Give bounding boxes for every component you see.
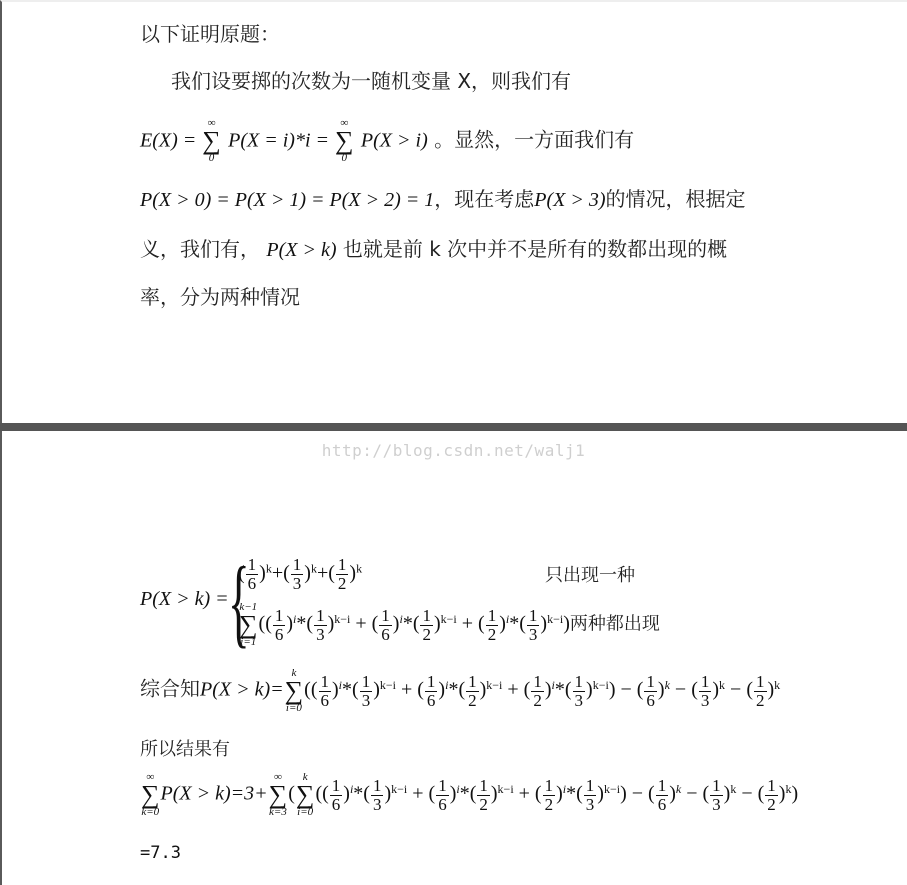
paragraph-line4: 义，我们有， P(X > k) 也就是前 k 次中并不是所有的数都出现的概 [140, 236, 727, 263]
sum-symbol: ∞ ∑ 0 [202, 118, 221, 164]
watermark-url: http://blog.csdn.net/walj1 [0, 441, 907, 460]
paragraph-line5: 率，分为两种情况 [140, 284, 300, 310]
page-divider [0, 423, 907, 431]
piecewise-lhs: P(X > k) = [140, 588, 229, 611]
paragraph-line3: P(X > 0) = P(X > 1) = P(X > 2) = 1，现在考虑P… [140, 186, 746, 213]
heading-proof: 以下证明原题： [140, 21, 280, 47]
expectation-suffix: 。显然，一方面我们有 [434, 128, 634, 152]
result-formula: ∞∑k=0P(X > k)=3+∞∑k=3(k∑i=0((16)i*(13)k−… [140, 772, 798, 818]
expectation-term1: P(X = i)*i = [228, 130, 334, 152]
result-heading: 所以结果有 [140, 737, 230, 763]
sum-symbol: ∞ ∑ 0 [335, 118, 354, 164]
piecewise-case2: k−1∑i=1((16)i*(13)k−i + (16)i*(12)k−i + … [238, 602, 660, 648]
expectation-lhs: E(X) = [140, 130, 201, 152]
paragraph-random-variable: 我们设要掷的次数为一随机变量 X，则我们有 [171, 68, 571, 94]
expectation-formula: E(X) = ∞ ∑ 0 P(X = i)*i = ∞ ∑ 0 P(X > i)… [140, 118, 634, 164]
expectation-term2: P(X > i) [361, 130, 428, 152]
case1-label: 只出现一种 [545, 561, 635, 587]
case2-label: 两种都出现 [570, 614, 660, 635]
combined-formula: 综合知P(X > k)=k∑i=0((16)i*(13)k−i + (16)i*… [140, 668, 780, 714]
final-result: =7.3 [140, 840, 181, 866]
piecewise-case1: (16)k+(13)k+(12)k [238, 556, 362, 593]
